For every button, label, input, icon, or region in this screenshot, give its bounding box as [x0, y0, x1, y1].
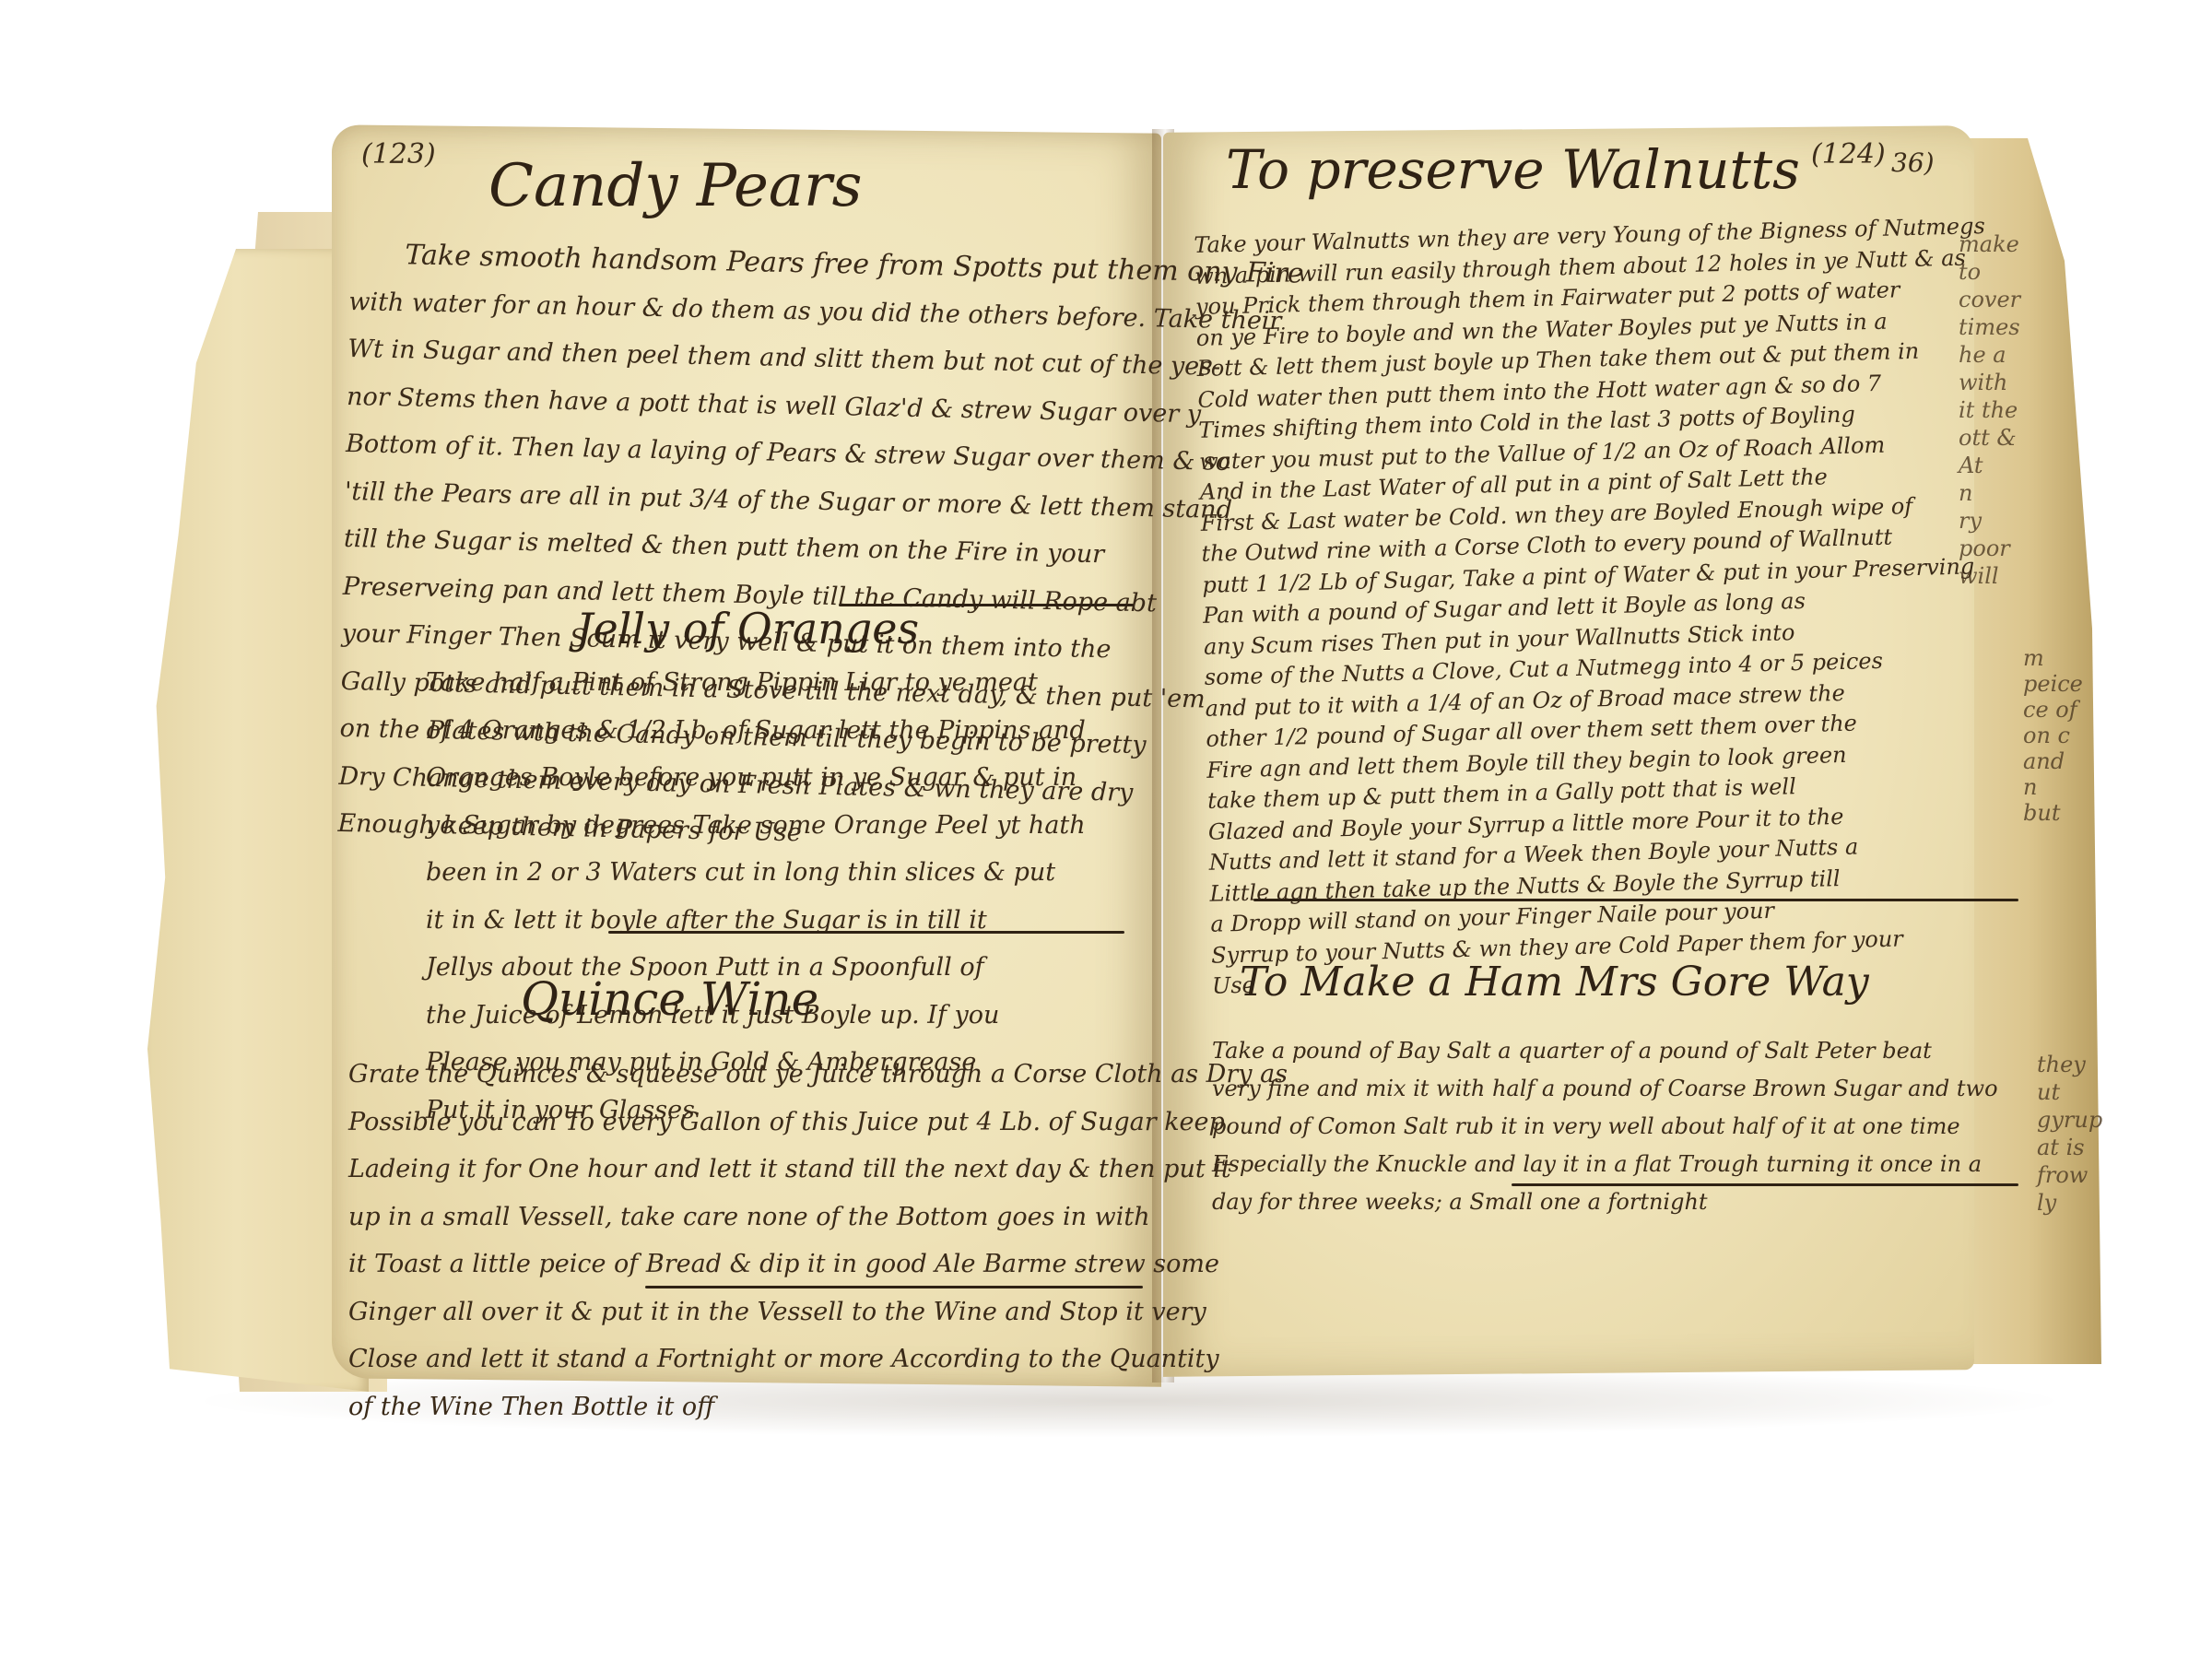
text-line: been in 2 or 3 Waters cut in long thin s… — [426, 849, 1145, 897]
text-fragment: but — [2023, 800, 2106, 826]
recipe-title-quince-wine: Quince Wine — [521, 972, 818, 1026]
text-fragment: ly — [2037, 1189, 2111, 1217]
recipe-body-preserve-walnutts: Take your Walnutts wn they are very Youn… — [1194, 212, 1977, 1003]
text-fragment: will — [1959, 562, 2069, 590]
recipe-title-preserve-walnutts: To preserve Walnutts — [1226, 138, 1800, 201]
text-line: Grate the Quinces & squeese out ye Juice… — [348, 1051, 1159, 1099]
text-fragment: with — [1959, 369, 2069, 396]
text-fragment: ut — [2037, 1078, 2111, 1106]
underlying-page-text: they ut gyrup at is frow ly — [2037, 1051, 2111, 1217]
text-fragment: they — [2037, 1051, 2111, 1078]
text-fragment: to — [1959, 258, 2069, 286]
text-line: Ladeing it for One hour and lett it stan… — [348, 1146, 1159, 1194]
text-line: it Toast a little peice of Bread & dip i… — [348, 1241, 1159, 1288]
text-fragment: frow — [2037, 1161, 2111, 1189]
text-line: Take a pound of Bay Salt a quarter of a … — [1212, 1032, 2041, 1070]
text-line: Possible you can To every Gallon of this… — [348, 1099, 1159, 1147]
text-line: of 4 Oranges & 1/2 Lb. of Sugar lett the… — [426, 707, 1145, 755]
underlying-page-text: make to cover times he a with it the ott… — [1959, 230, 2069, 590]
underlying-page-text: m peice ce of on c and n but — [2023, 645, 2106, 826]
text-line: it in & lett it boyle after the Sugar is… — [426, 897, 1145, 945]
text-fragment: At — [1959, 452, 2069, 479]
recipe-title-jelly-of-oranges: Jelly of Oranges — [576, 604, 919, 653]
text-line: Close and lett it stand a Fortnight or m… — [348, 1335, 1159, 1383]
end-rule — [1512, 1183, 2018, 1186]
text-line: very fine and mix it with half a pound o… — [1212, 1070, 2041, 1108]
recipe-body-make-a-ham: Take a pound of Bay Salt a quarter of a … — [1212, 1032, 2041, 1221]
text-fragment: peice — [2023, 671, 2106, 697]
recipe-body-quince-wine: Grate the Quinces & squeese out ye Juice… — [348, 1051, 1159, 1430]
end-rule — [1253, 899, 2018, 901]
text-fragment: ry — [1959, 507, 2069, 535]
text-fragment: it the — [1959, 396, 2069, 424]
text-fragment: ott & — [1959, 424, 2069, 452]
text-fragment: n — [2023, 774, 2106, 800]
text-line: Oranges Boyle before you putt in ye Suga… — [426, 754, 1145, 802]
right-page-number: (124) — [1811, 138, 1886, 171]
text-fragment: at is — [2037, 1134, 2111, 1161]
text-line: Take half a Pint of Strong Pippin Liqr t… — [426, 659, 1145, 707]
text-fragment: m — [2023, 645, 2106, 671]
text-line: ye Sugar by degrees Take some Orange Pee… — [426, 802, 1145, 850]
text-fragment: ce of — [2023, 697, 2106, 723]
underlying-page-number: 36) — [1891, 147, 1935, 178]
text-line: up in a small Vessell, take care none of… — [348, 1194, 1159, 1241]
recipe-title-make-a-ham: To Make a Ham Mrs Gore Way — [1240, 959, 1869, 1006]
text-line: Especially the Knuckle and lay it in a f… — [1212, 1146, 2041, 1183]
text-fragment: cover — [1959, 286, 2069, 313]
text-line: day for three weeks; a Small one a fortn… — [1212, 1183, 2041, 1221]
recipe-title-candy-pears: Candy Pears — [488, 152, 862, 220]
text-fragment: on c — [2023, 723, 2106, 748]
end-rule — [608, 931, 1124, 934]
text-fragment: and — [2023, 748, 2106, 774]
text-fragment: n — [1959, 479, 2069, 507]
text-line: pound of Comon Salt rub it in very well … — [1212, 1108, 2041, 1146]
text-fragment: gyrup — [2037, 1106, 2111, 1134]
open-manuscript-book: (123) Candy Pears Take smooth handsom Pe… — [0, 0, 2212, 1659]
left-page-number: (123) — [361, 138, 436, 171]
text-line: of the Wine Then Bottle it off — [348, 1383, 1159, 1431]
end-rule — [645, 1286, 1143, 1288]
text-fragment: poor — [1959, 535, 2069, 562]
text-fragment: make — [1959, 230, 2069, 258]
text-fragment: he a — [1959, 341, 2069, 369]
text-fragment: times — [1959, 313, 2069, 341]
text-line: Ginger all over it & put it in the Vesse… — [348, 1288, 1159, 1336]
